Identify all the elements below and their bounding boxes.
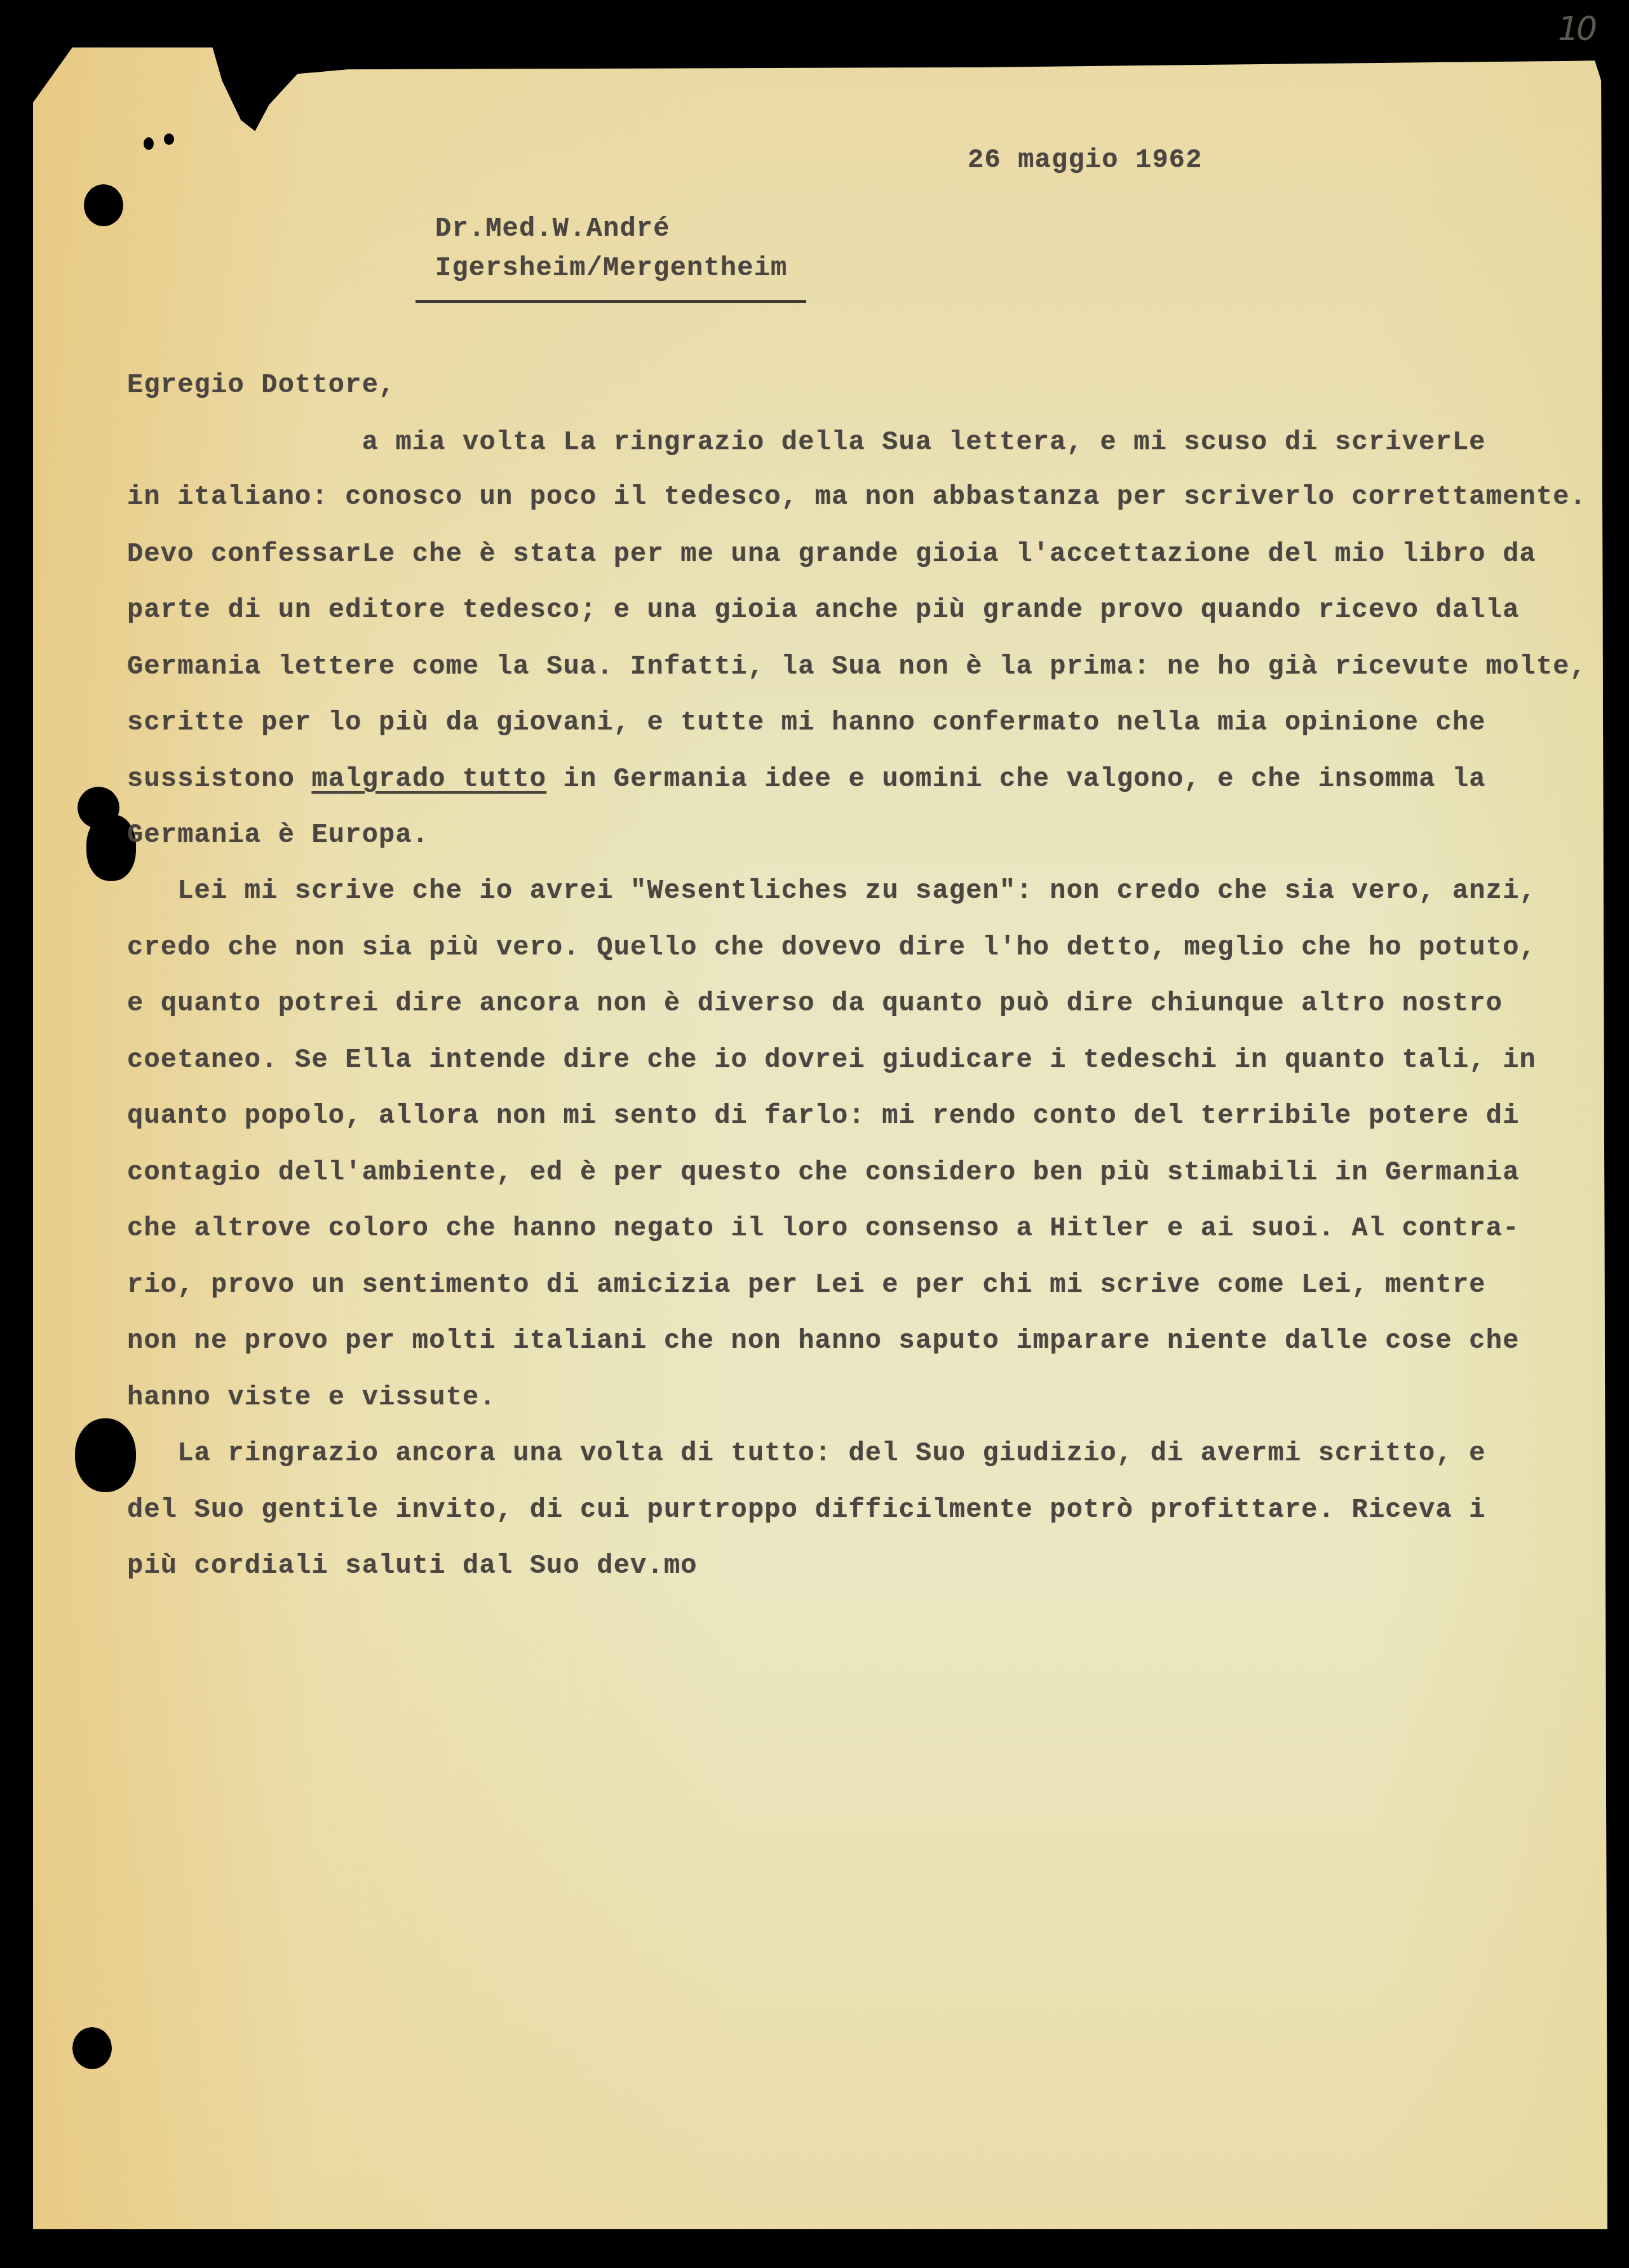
letter-line: del Suo gentile invito, di cui purtroppo… — [127, 1495, 1486, 1525]
tear-spot — [164, 133, 174, 145]
letter-line: Lei mi scrive che io avrei "Wesentliches… — [127, 876, 1536, 906]
tear-spot — [144, 137, 154, 150]
letter-line: Germania è Europa. — [127, 820, 429, 850]
letter-line: che altrove coloro che hanno negato il l… — [127, 1213, 1520, 1244]
punch-hole-top — [84, 184, 123, 226]
recipient-city: Igersheim/Mergentheim — [435, 253, 788, 283]
letter-line: contagio dell'ambiente, ed è per questo … — [127, 1157, 1520, 1188]
letter-line: sussistono malgrado tutto in Germania id… — [127, 764, 1486, 794]
letter-date: 26 maggio 1962 — [968, 145, 1203, 175]
underlined-phrase: malgrado tutto — [311, 764, 546, 794]
salutation: Egregio Dottore, — [127, 370, 395, 400]
letter-line: parte di un editore tedesco; e una gioia… — [127, 595, 1520, 625]
letter-line: non ne provo per molti italiani che non … — [127, 1326, 1520, 1356]
letter-line: rio, provo un sentimento di amicizia per… — [127, 1270, 1486, 1300]
punch-hole-bottom — [72, 2027, 112, 2069]
letter-line: quanto popolo, allora non mi sento di fa… — [127, 1101, 1520, 1131]
recipient-name: Dr.Med.W.André — [435, 214, 670, 244]
letter-line: e quanto potrei dire ancora non è divers… — [127, 988, 1503, 1019]
letter-line: Germania lettere come la Sua. Infatti, l… — [127, 651, 1586, 682]
letter-line: coetaneo. Se Ella intende dire che io do… — [127, 1045, 1536, 1075]
letter-line: scritte per lo più da giovani, e tutte m… — [127, 707, 1486, 738]
letter-line: più cordiali saluti dal Suo dev.mo — [127, 1551, 698, 1581]
letter-line: hanno viste e vissute. — [127, 1382, 496, 1413]
line-text: in Germania idee e uomini che valgono, e… — [546, 764, 1486, 794]
handwritten-page-number: 10 — [1558, 10, 1595, 48]
recipient-underline — [416, 300, 806, 303]
line-text: sussistono — [127, 764, 311, 794]
letter-line: La ringrazio ancora una volta di tutto: … — [127, 1438, 1486, 1469]
letter-line: a mia volta La ringrazio della Sua lette… — [127, 427, 1486, 458]
letter-line: in italiano: conosco un poco il tedesco,… — [127, 482, 1586, 512]
letter-line: Devo confessarLe che è stata per me una … — [127, 539, 1536, 569]
letter-line: credo che non sia più vero. Quello che d… — [127, 932, 1536, 963]
